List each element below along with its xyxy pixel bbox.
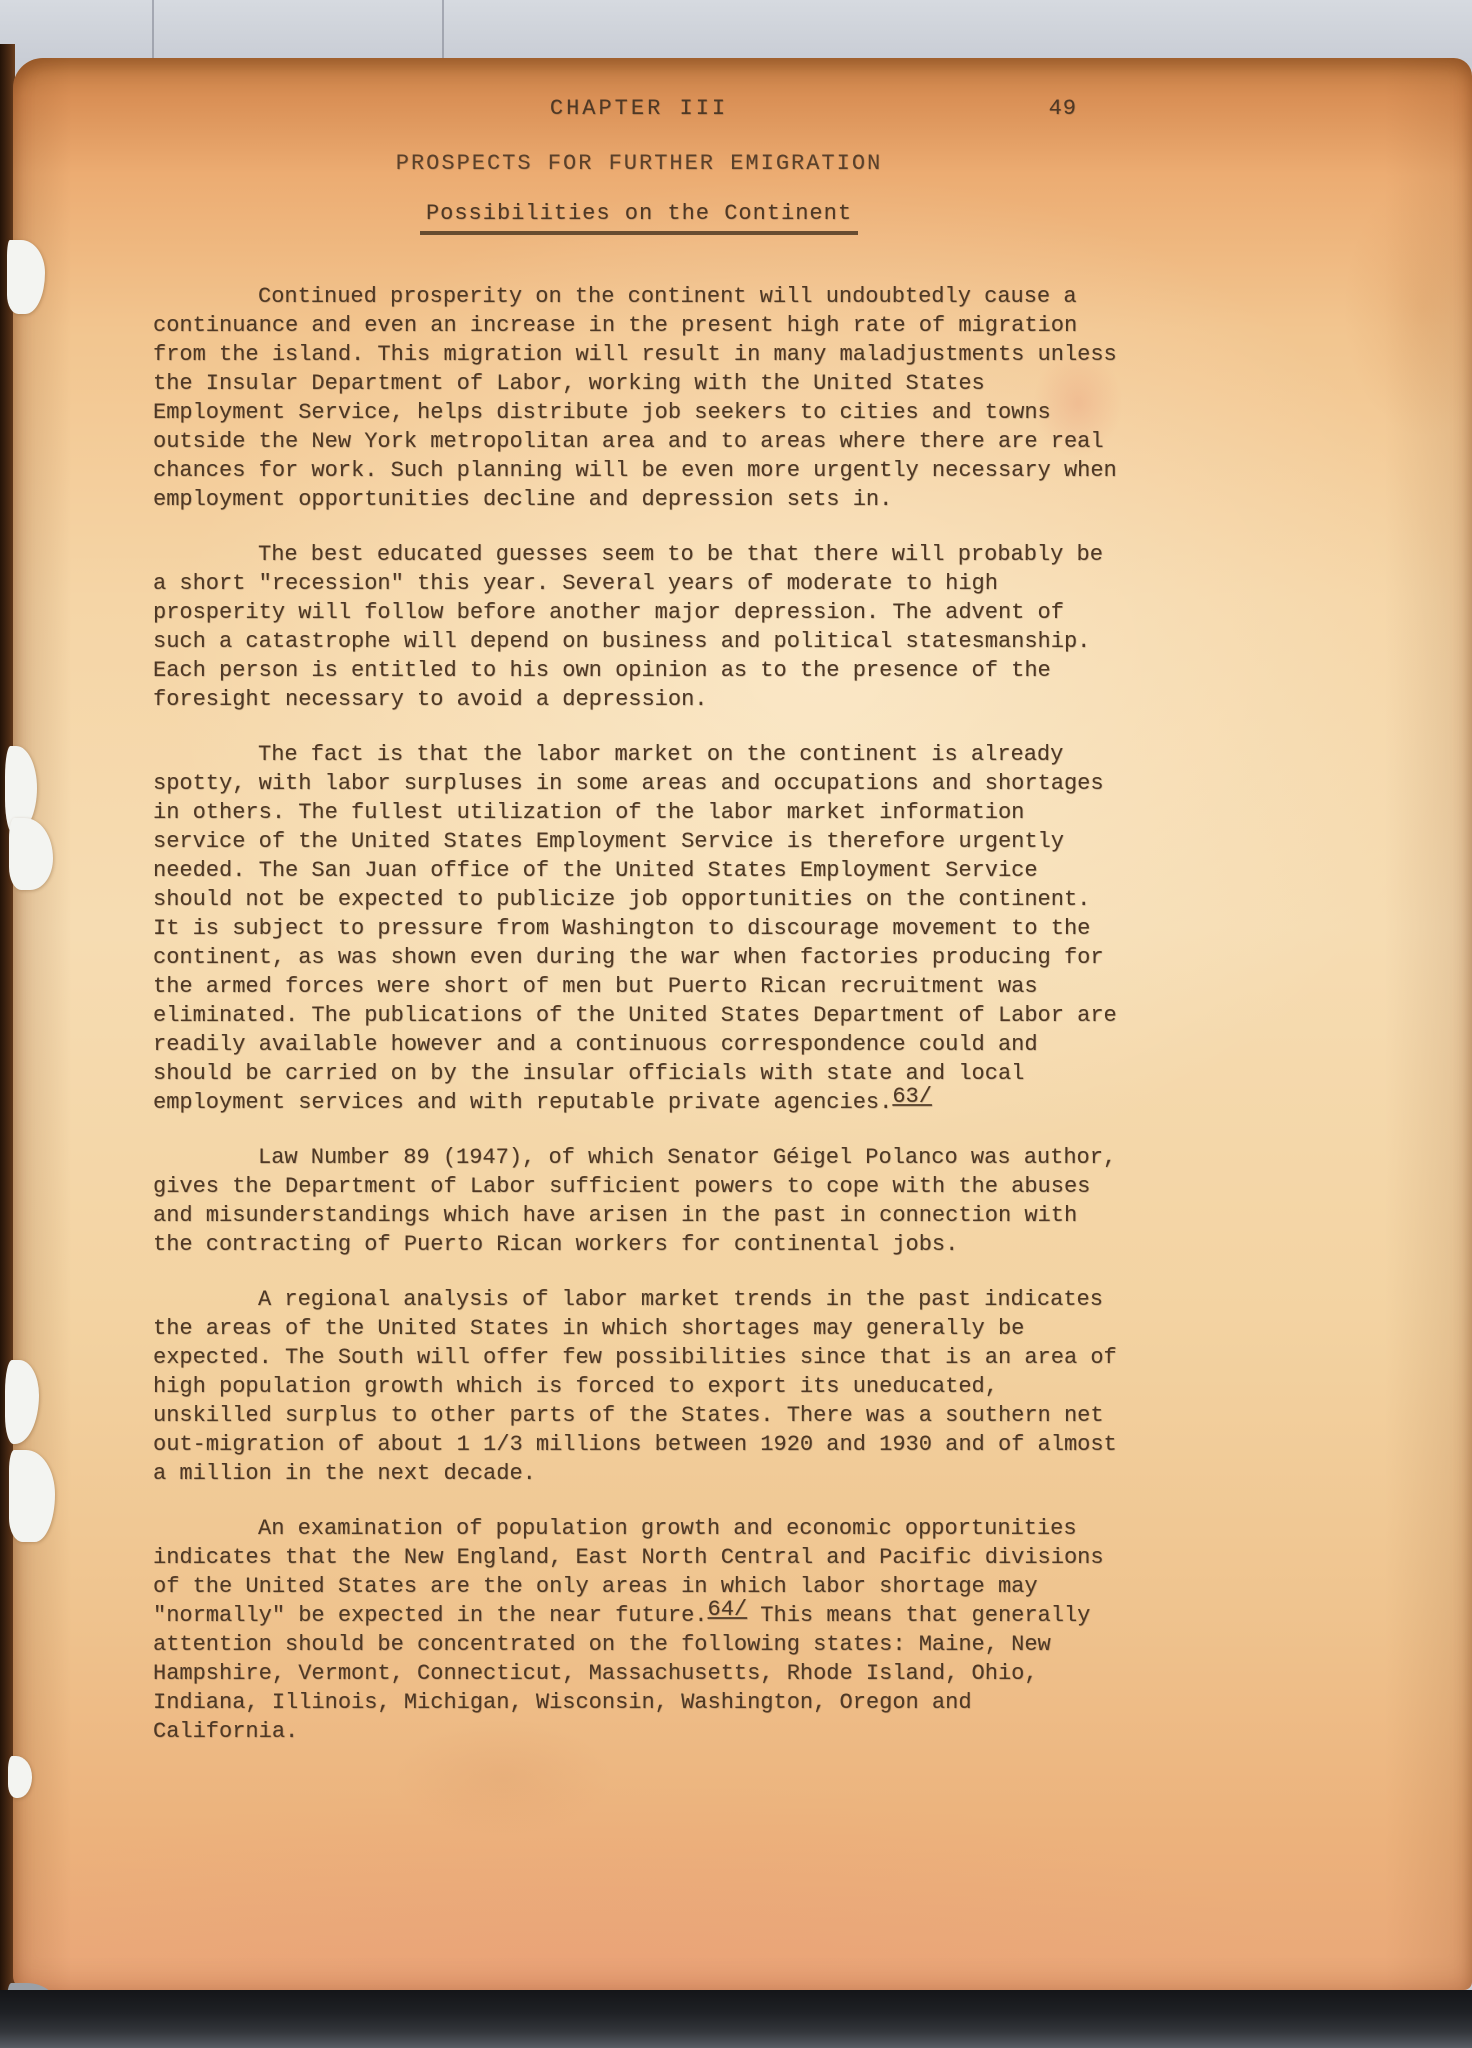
- paragraph-4: Law Number 89 (1947), of which Senator G…: [153, 1143, 1125, 1259]
- document-title: PROSPECTS FOR FURTHER EMIGRATION: [153, 149, 1125, 178]
- torn-edge-notch: [8, 1756, 32, 1798]
- section-subtitle: Possibilities on the Continent: [420, 199, 858, 235]
- paragraph-5-text: A regional analysis of labor market tren…: [153, 1287, 1117, 1486]
- page-number: 49: [1049, 94, 1077, 123]
- footnote-marker-64: 64/: [708, 1597, 748, 1622]
- paragraph-6: An examination of population growth and …: [153, 1514, 1125, 1746]
- paragraph-1-text: Continued prosperity on the continent wi…: [153, 284, 1117, 512]
- subtitle-row: Possibilities on the Continent: [153, 199, 1125, 235]
- chapter-heading: CHAPTER III: [550, 96, 728, 121]
- scanned-page: CHAPTER III 49 PROSPECTS FOR FURTHER EMI…: [0, 0, 1472, 2048]
- page-content: CHAPTER III 49 PROSPECTS FOR FURTHER EMI…: [153, 94, 1125, 1772]
- crease-line: [442, 0, 444, 58]
- torn-edge-notch: [9, 1450, 55, 1542]
- paragraph-5: A regional analysis of labor market tren…: [153, 1285, 1125, 1488]
- paper-stain: [1343, 178, 1472, 438]
- scanner-background-top: [0, 0, 1472, 60]
- body-text: Continued prosperity on the continent wi…: [153, 282, 1125, 1746]
- footnote-marker-63: 63/: [892, 1084, 932, 1109]
- paragraph-2: The best educated guesses seem to be tha…: [153, 540, 1125, 714]
- paragraph-3: The fact is that the labor market on the…: [153, 740, 1125, 1117]
- torn-edge-notch: [7, 240, 45, 314]
- paragraph-3-text: The fact is that the labor market on the…: [153, 742, 1117, 1115]
- torn-edge-notch: [5, 1360, 39, 1444]
- chapter-heading-row: CHAPTER III 49: [153, 94, 1125, 123]
- paragraph-1: Continued prosperity on the continent wi…: [153, 282, 1125, 514]
- scanner-background-bottom: [0, 1990, 1472, 2048]
- paragraph-2-text: The best educated guesses seem to be tha…: [153, 542, 1103, 712]
- document-page: CHAPTER III 49 PROSPECTS FOR FURTHER EMI…: [13, 58, 1472, 1990]
- torn-edge-notch: [9, 818, 53, 890]
- paragraph-4-text: Law Number 89 (1947), of which Senator G…: [153, 1145, 1116, 1257]
- crease-line: [152, 0, 154, 58]
